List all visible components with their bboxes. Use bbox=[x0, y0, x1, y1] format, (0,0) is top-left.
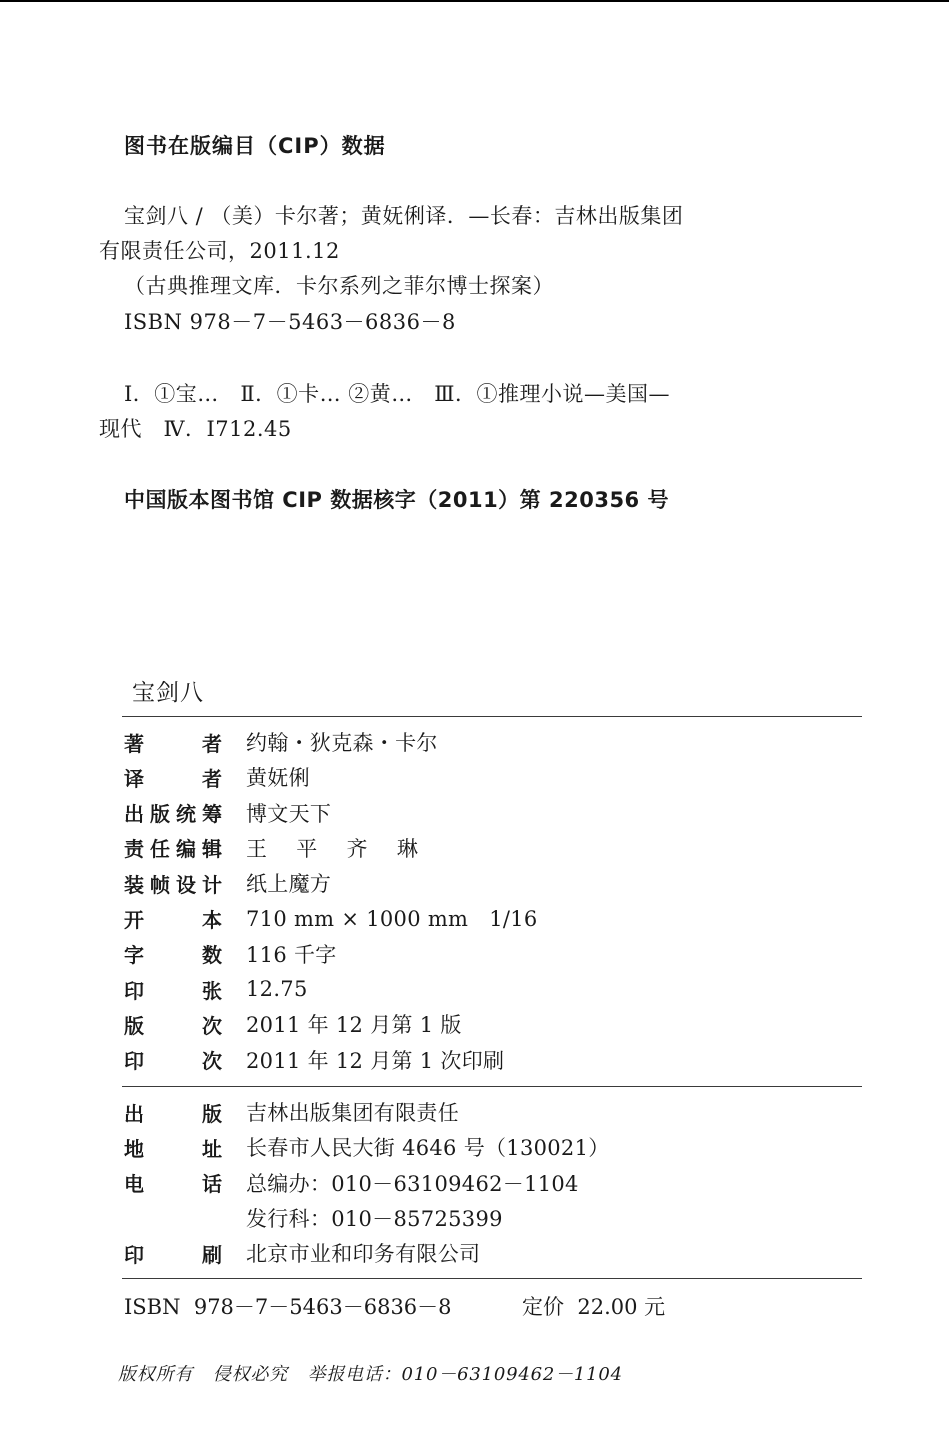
info-label-char: 出 bbox=[124, 1098, 144, 1127]
book-title: 宝剑八 bbox=[132, 674, 204, 707]
divider-rule bbox=[122, 1278, 862, 1279]
cip-heading: 图书在版编目（CIP）数据 bbox=[124, 130, 386, 160]
info-label-char: 帧 bbox=[150, 869, 170, 898]
info-label-char: 译 bbox=[124, 763, 144, 792]
info-value: 总编办：010－63109462－1104 bbox=[246, 1168, 579, 1198]
info-label-char: 责 bbox=[124, 833, 144, 862]
info-label-char: 版 bbox=[124, 1010, 144, 1039]
cip-series-line: （古典推理文库．卡尔系列之菲尔博士探案） bbox=[124, 270, 554, 300]
info-value: 约翰・狄克森・卡尔 bbox=[246, 727, 438, 757]
info-label: 印刷 bbox=[124, 1239, 222, 1268]
info-row: 字数116 千字 bbox=[124, 939, 337, 969]
info-row: 地址长春市人民大街 4646 号（130021） bbox=[124, 1132, 610, 1162]
info-row: 出版统筹博文天下 bbox=[124, 798, 331, 828]
cip-classification-line-1: Ⅰ．①宝… Ⅱ．①卡… ②黄… Ⅲ．①推理小说—美国— bbox=[124, 378, 670, 408]
info-row: 译者黄妩俐 bbox=[124, 762, 310, 792]
info-label: 出版 bbox=[124, 1098, 222, 1127]
cip-classification-line-2: 现代 Ⅳ．I712.45 bbox=[99, 413, 292, 443]
divider-rule bbox=[122, 1086, 862, 1087]
info-label-char: 装 bbox=[124, 869, 144, 898]
info-label-char: 字 bbox=[124, 939, 144, 968]
info-label: 版次 bbox=[124, 1010, 222, 1039]
info-label-char: 者 bbox=[202, 763, 222, 792]
info-value: 发行科：010－85725399 bbox=[246, 1203, 503, 1233]
cip-title-line: 宝剑八 / （美）卡尔著；黄妩俐译．—长春：吉林出版集团 bbox=[124, 200, 683, 230]
info-label-char: 编 bbox=[176, 833, 196, 862]
info-label-char: 筹 bbox=[202, 798, 222, 827]
info-row: 印张12.75 bbox=[124, 974, 308, 1004]
info-row: 出版吉林出版集团有限责任 bbox=[124, 1097, 459, 1127]
isbn-number: ISBN 978－7－5463－6836－8 bbox=[124, 1291, 452, 1321]
info-label-char: 张 bbox=[202, 975, 222, 1004]
info-label-char: 版 bbox=[150, 798, 170, 827]
info-label-char: 本 bbox=[202, 904, 222, 933]
info-label-char: 著 bbox=[124, 728, 144, 757]
info-row: 印次2011 年 12 月第 1 次印刷 bbox=[124, 1045, 504, 1075]
info-label-char: 任 bbox=[150, 833, 170, 862]
info-label-char: 统 bbox=[176, 798, 196, 827]
info-value: 吉林出版集团有限责任 bbox=[246, 1097, 459, 1127]
info-label: 装帧设计 bbox=[124, 869, 222, 898]
info-label-char: 版 bbox=[202, 1098, 222, 1127]
info-label: 地址 bbox=[124, 1133, 222, 1162]
info-row: 电话总编办：010－63109462－1104 bbox=[124, 1168, 579, 1198]
info-value: 2011 年 12 月第 1 版 bbox=[246, 1009, 462, 1039]
copyright-notice: 版权所有 侵权必究 举报电话：010－63109462－1104 bbox=[118, 1360, 623, 1386]
info-row: 发行科：010－85725399 bbox=[124, 1203, 503, 1233]
info-value: 12.75 bbox=[246, 977, 308, 1001]
info-label: 责任编辑 bbox=[124, 833, 222, 862]
info-value: 黄妩俐 bbox=[246, 762, 310, 792]
info-label: 印次 bbox=[124, 1045, 222, 1074]
info-label: 字数 bbox=[124, 939, 222, 968]
page-top-border bbox=[0, 0, 949, 2]
info-label-char: 数 bbox=[202, 939, 222, 968]
info-value: 长春市人民大街 4646 号（130021） bbox=[246, 1132, 610, 1162]
info-label-char: 设 bbox=[176, 869, 196, 898]
info-label-char: 次 bbox=[202, 1045, 222, 1074]
info-label-char: 电 bbox=[124, 1168, 144, 1197]
info-label-char: 印 bbox=[124, 1045, 144, 1074]
info-label: 印张 bbox=[124, 975, 222, 1004]
info-value: 710 mm × 1000 mm 1/16 bbox=[246, 907, 538, 931]
book-price: 定价 22.00 元 bbox=[522, 1291, 665, 1321]
info-label: 著者 bbox=[124, 728, 222, 757]
info-label-char: 开 bbox=[124, 904, 144, 933]
info-label-char: 址 bbox=[202, 1133, 222, 1162]
info-label-char: 刷 bbox=[202, 1239, 222, 1268]
info-label-char: 出 bbox=[124, 798, 144, 827]
info-label-char: 计 bbox=[202, 869, 222, 898]
info-value: 116 千字 bbox=[246, 939, 337, 969]
cip-publisher-line: 有限责任公司，2011.12 bbox=[99, 235, 340, 265]
info-label-char: 印 bbox=[124, 975, 144, 1004]
cip-approval-number: 中国版本图书馆 CIP 数据核字（2011）第 220356 号 bbox=[124, 484, 669, 514]
info-value: 2011 年 12 月第 1 次印刷 bbox=[246, 1045, 504, 1075]
info-label-char: 辑 bbox=[202, 833, 222, 862]
info-row: 著者约翰・狄克森・卡尔 bbox=[124, 727, 438, 757]
info-label: 开本 bbox=[124, 904, 222, 933]
info-label-char: 印 bbox=[124, 1239, 144, 1268]
info-label-char: 话 bbox=[202, 1168, 222, 1197]
info-label-char: 者 bbox=[202, 728, 222, 757]
info-label-char: 地 bbox=[124, 1133, 144, 1162]
info-value: 博文天下 bbox=[246, 798, 331, 828]
info-value: 北京市业和印务有限公司 bbox=[246, 1238, 480, 1268]
info-value: 纸上魔方 bbox=[246, 868, 331, 898]
info-label-char: 次 bbox=[202, 1010, 222, 1039]
info-row: 装帧设计纸上魔方 bbox=[124, 868, 331, 898]
info-label: 译者 bbox=[124, 763, 222, 792]
info-value: 王 平 齐 琳 bbox=[246, 833, 418, 863]
divider-rule bbox=[122, 716, 862, 717]
cip-isbn-line: ISBN 978－7－5463－6836－8 bbox=[124, 306, 456, 336]
info-row: 版次2011 年 12 月第 1 版 bbox=[124, 1009, 462, 1039]
info-row: 责任编辑王 平 齐 琳 bbox=[124, 833, 418, 863]
info-row: 印刷北京市业和印务有限公司 bbox=[124, 1238, 480, 1268]
info-label: 出版统筹 bbox=[124, 798, 222, 827]
info-label: 电话 bbox=[124, 1168, 222, 1197]
info-row: 开本710 mm × 1000 mm 1/16 bbox=[124, 904, 538, 934]
